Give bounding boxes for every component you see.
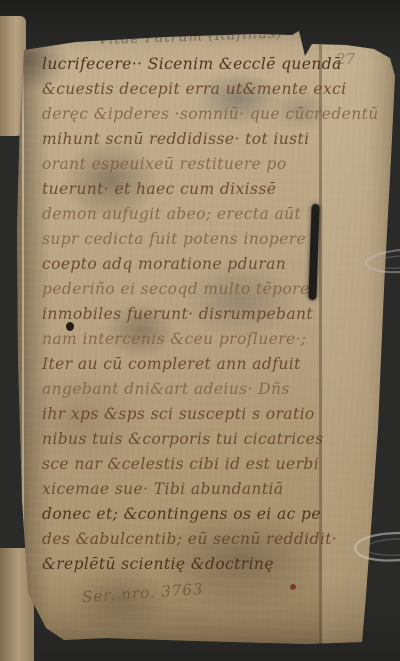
manuscript-line: &cuestis decepit erra ut&mente exci — [42, 77, 332, 102]
ink-blot — [66, 322, 74, 331]
manuscript-line: sce nar &celestis cibi id est uerbi — [42, 452, 332, 477]
red-stain — [290, 584, 296, 590]
manuscript-line: coepto adq moratione pduran — [42, 252, 332, 277]
gutter-crease — [22, 56, 24, 632]
manuscript-line: xicemae sue· Tibi abundantiā — [42, 477, 332, 502]
manuscript-line: &replētū scientię &doctrinę — [42, 552, 332, 577]
manuscript-line: nibus tuis &corporis tui cicatrices — [42, 427, 332, 452]
photo-background: Vitae Patrum (Rufinus) 27 lucrifecere·· … — [0, 0, 400, 661]
manuscript-line: angebant dni&art adeius· Dñs — [42, 377, 332, 402]
manuscript-line: tuerunt· et haec cum dixissē — [42, 177, 332, 202]
manuscript-line: mihunt scnū reddidisse· tot iusti — [42, 127, 332, 152]
manuscript-line: inmobiles fuerunt· disrumpebant — [42, 302, 332, 327]
manuscript-line: Iter au cū compleret ann adfuit — [42, 352, 332, 377]
manuscript-line: ihr xps &sps sci suscepti s oratio — [42, 402, 332, 427]
manuscript-line: pederiño ei secoqd multo tēpore — [42, 277, 332, 302]
manuscript-line: supr cedicta fuit potens inopere — [42, 227, 332, 252]
manuscript-line: donec et; &contingens os ei ac pe — [42, 502, 332, 527]
manuscript-line: deręc &ipderes ·somniū· que cūcredentū — [42, 102, 332, 127]
manuscript-line: orant espeuixeū restituere po — [42, 152, 332, 177]
manuscript-line: des &abulcentib; eū secnū reddidit· — [42, 527, 332, 552]
text-block: lucrifecere·· Sicenim &ecclē quendā&cues… — [42, 52, 332, 577]
manuscript-line: lucrifecere·· Sicenim &ecclē quendā — [42, 52, 332, 77]
manuscript-page: Vitae Patrum (Rufinus) 27 lucrifecere·· … — [16, 28, 396, 646]
manuscript-line: nam intercenis &ceu profluere·; — [42, 327, 332, 352]
manuscript-line: demon aufugit abeo; erecta aūt — [42, 202, 332, 227]
